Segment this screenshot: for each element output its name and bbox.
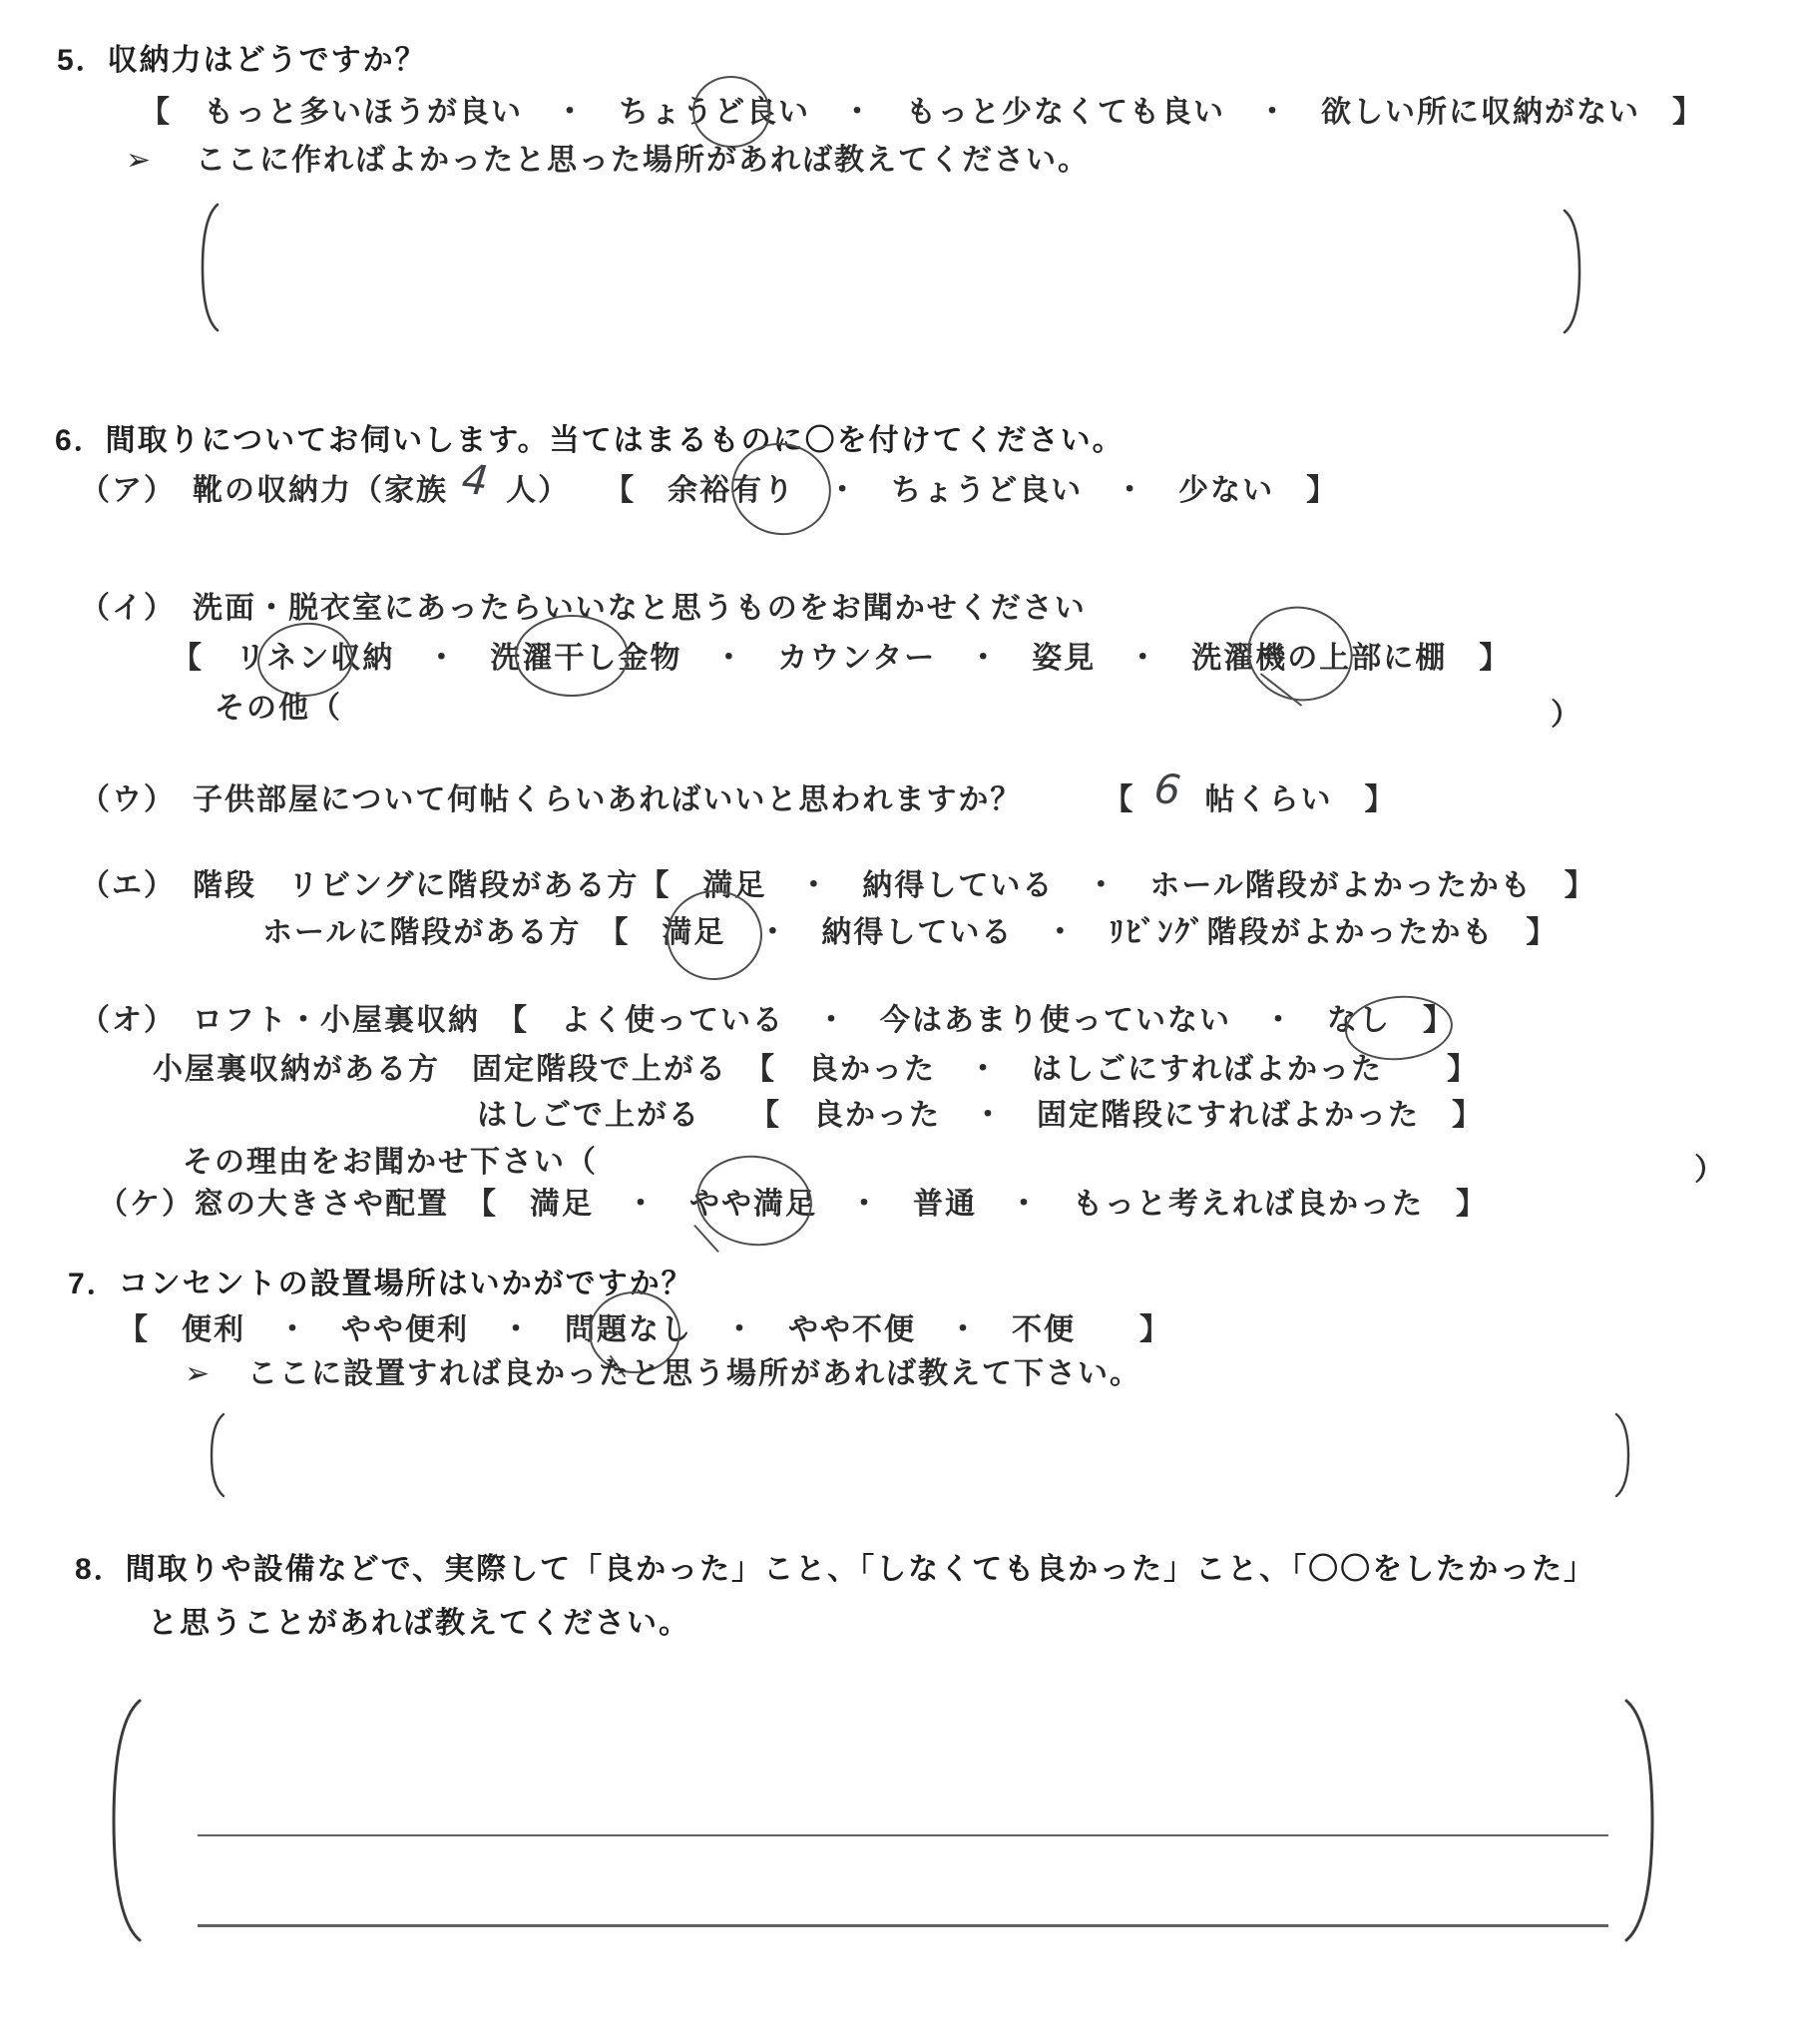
q5-answer-bracket-left bbox=[196, 202, 222, 333]
q8-answer-bracket-left bbox=[104, 1697, 146, 1944]
q6-a-row: （ア） 靴の収納力（家族 4 人） 【 余裕有り ・ ちょうど良い ・ 少ない … bbox=[80, 465, 1338, 509]
survey-page: 5．収納力はどうですか？ 【 もっと多いほうが良い ・ ちょうど良い ・ もっと… bbox=[0, 0, 1798, 2044]
q6-o-reason-label: その理由をお聞かせ下さい（ bbox=[183, 1146, 598, 1181]
q7-title: 7．コンセントの設置場所はいかがですか？ bbox=[68, 1268, 693, 1302]
q6-u-row: （ウ） 子供部屋について何帖くらいあればいいと思われますか？ 【 6 帖くらい … bbox=[80, 774, 1397, 818]
q5-answer-circle bbox=[690, 73, 773, 150]
q7-answer-bracket-left bbox=[206, 1411, 227, 1499]
q6-a-label-before: （ア） 靴の収納力（家族 bbox=[80, 465, 448, 509]
q6-i-other-field[interactable] bbox=[329, 689, 1537, 733]
q6-title: 6．間取りについてお伺いします。当てはまるものに〇を付けてください。 bbox=[55, 424, 1124, 459]
q6-i-circle-laundry-hanger bbox=[515, 615, 629, 697]
q5-prompt-arrow-icon: ➢ bbox=[126, 144, 153, 179]
q6-o-reason-close: ） bbox=[1694, 1154, 1726, 1189]
q5-answer-area[interactable] bbox=[229, 208, 1557, 329]
q7-answer-bracket-right bbox=[1612, 1411, 1634, 1499]
q8-title-line2: と思うことがあれば教えてください。 bbox=[148, 1607, 690, 1642]
q8-answer-area[interactable] bbox=[160, 1703, 1606, 1938]
q6-e-hall-row: ホールに階段がある方 【 満足 ・ 納得している ・ ﾘﾋﾞﾝｸﾞ階段がよかった… bbox=[262, 916, 1558, 951]
q6-u-size-handwritten: 6 bbox=[1152, 765, 1183, 814]
q6-u-label-after: 帖くらい 】 bbox=[1205, 774, 1397, 818]
q6-o-row2: 小屋裏収納がある方 固定階段で上がる 【 良かった ・ はしごにすればよかった … bbox=[153, 1053, 1479, 1088]
q6-o-row1: （オ） ロフト・小屋裏収納 【 よく使っている ・ 今はあまり使っていない ・ … bbox=[80, 1004, 1455, 1039]
q6-o-row3: はしごで上がる 【 良かった ・ 固定階段にすればよかった 】 bbox=[477, 1099, 1484, 1134]
q6-i-other-label: その他（ bbox=[215, 692, 342, 727]
q7-answer-area[interactable] bbox=[235, 1413, 1608, 1497]
q6-u-label-before: （ウ） 子供部屋について何帖くらいあればいいと思われますか？ 【 bbox=[80, 774, 1134, 818]
q8-answer-bracket-right bbox=[1620, 1697, 1662, 1944]
q5-title: 5．収納力はどうですか？ bbox=[57, 44, 427, 79]
q5-options: 【 もっと多いほうが良い ・ ちょうど良い ・ もっと少なくても良い ・ 欲しい… bbox=[140, 96, 1704, 131]
q7-prompt: ここに設置すれば良かったと思う場所があれば教えて下さい。 bbox=[247, 1357, 1141, 1392]
q6-a-family-count-handwritten: 4 bbox=[460, 455, 491, 505]
q5-answer-bracket-right bbox=[1561, 208, 1586, 335]
q8-title-line1: 8．間取りや設備などで、実際して「良かった」こと、「しなくても良かった」こと、「… bbox=[75, 1553, 1595, 1588]
q6-i-other-close: ） bbox=[1551, 699, 1582, 734]
q6-e-living-row: （エ） 階段 リビングに階段がある方【 満足 ・ 納得している ・ ホール階段が… bbox=[80, 869, 1596, 904]
q7-prompt-arrow-icon: ➢ bbox=[185, 1357, 212, 1392]
q6-a-label-after: 人） 【 余裕有り ・ ちょうど良い ・ 少ない 】 bbox=[506, 465, 1338, 509]
q5-prompt: ここに作ればよかったと思った場所があれば教えてください。 bbox=[196, 144, 1090, 179]
